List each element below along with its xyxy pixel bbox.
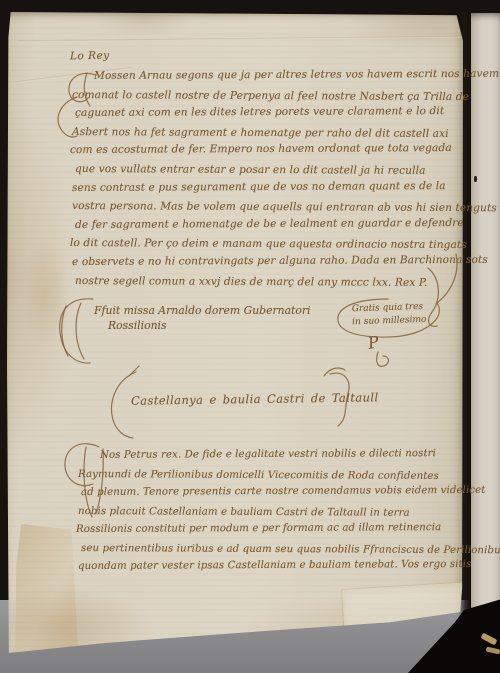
manuscript-line: nostre segell comun a xxvj dies de març … [75, 275, 454, 296]
manuscript-line: sens contrast e pus segurament que de vo… [72, 180, 454, 201]
manuscript-line: e observets e no hi contravingats per al… [72, 254, 454, 275]
ink-fleck [474, 176, 477, 182]
margin-stain [20, 238, 70, 350]
margin-note-line: in suo millesimo [352, 314, 427, 330]
manuscript-line: quondam pater vester ipsas Castellaniam … [78, 559, 466, 580]
next-folio-edge [469, 13, 500, 626]
manuscript-line: de fer sagrament e homenatge de be e lea… [75, 217, 454, 238]
manuscript-line: com es acostumat de fer. Empero nos have… [70, 142, 454, 163]
fold-crease-horizontal [17, 36, 463, 43]
manuscript-line: çaguanet axi com en les dites letres por… [75, 105, 454, 126]
dispatch-note-line: Rossilionis [108, 319, 310, 332]
photo-of-manuscript: Lo Rey Mossen Arnau segons que ja per al… [0, 0, 500, 673]
manuscript-line: ad plenum. Tenore presentis carte nostre… [81, 485, 466, 506]
manuscript-line: Rossilionis constituti per modum e per f… [76, 522, 466, 543]
dispatch-note-line: Ffuit missa Arnaldo dorem Gubernatori [94, 304, 310, 317]
parchment-patch-bottom-left [15, 524, 79, 665]
dispatch-note: Ffuit missa Arnaldo dorem Gubernatori Ro… [94, 304, 310, 332]
latin-charter-paragraph: Nos Petrus rex. De fide e legalitate ves… [78, 450, 466, 580]
chancery-margin-note: Gratis quia tres in suo millesimo [352, 301, 427, 330]
letter-salutation: Lo Rey [70, 50, 110, 63]
royal-letter-paragraph: Mossen Arnau segons que ja per altres le… [72, 70, 454, 293]
manuscript-line: Mossen Arnau segons que ja per altres le… [72, 68, 454, 89]
manuscript-line: Nos Petrus rex. De fide e legalitate ves… [78, 448, 466, 469]
